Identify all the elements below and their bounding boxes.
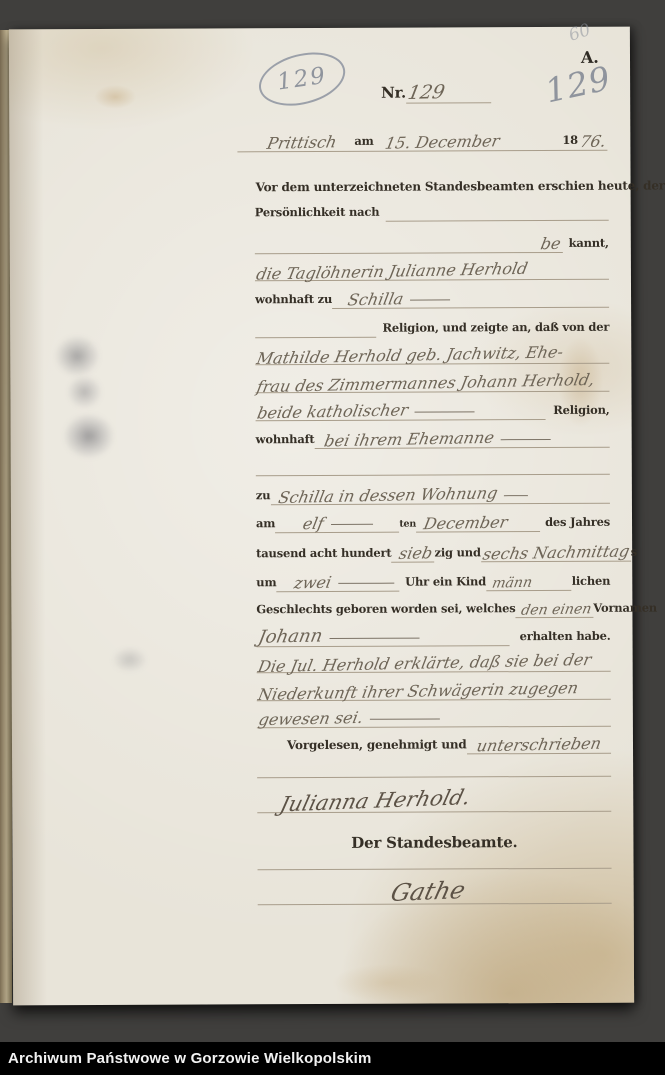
vorname-count-value: den einen bbox=[518, 602, 595, 618]
uhr-label: Uhr ein Kind bbox=[405, 576, 486, 589]
birthhour-line: um zwei Uhr ein Kind männ lichen bbox=[256, 567, 610, 593]
mother-line-2: frau des Zimmermannes Johann Herhold, bbox=[255, 368, 609, 394]
declarant-signature-line: Julianna Herhold. bbox=[257, 780, 611, 814]
lichen-label: lichen bbox=[572, 575, 611, 588]
religion-intro-label: Religion, und zeigte an, daß von der bbox=[382, 321, 609, 335]
declarant-line: die Taglöhnerin Julianne Herhold bbox=[255, 256, 609, 282]
ink-blot bbox=[54, 335, 100, 377]
tausend-label: tausend acht hundert bbox=[256, 547, 391, 560]
place-value: Prittisch bbox=[264, 134, 340, 152]
religion-intro-line: Religion, und zeigte an, daß von der bbox=[255, 313, 609, 339]
pencil-page-number: 129 bbox=[542, 58, 615, 110]
archive-name: Archiwum Państwowe w Gorzowie Wielkopols… bbox=[0, 1050, 372, 1067]
decade-value: sieb bbox=[396, 545, 436, 562]
remark-text-3: gewesen sei. bbox=[255, 710, 366, 728]
zu-label: zu bbox=[256, 490, 271, 503]
geschlecht-line: Geschlechts geboren worden sei, welches … bbox=[256, 594, 610, 620]
official-signature: Gathe bbox=[386, 878, 469, 905]
ten-label: ten bbox=[399, 519, 416, 530]
ink-blot bbox=[66, 375, 102, 409]
geschlechts-label: Geschlechts geboren worden sei, welches bbox=[256, 603, 515, 617]
remark-text-1: Die Jul. Herhold erklärte, daß sie bei d… bbox=[255, 652, 595, 675]
circled-page-number: 129 bbox=[253, 44, 351, 114]
pencil-edge-mark: 60 bbox=[566, 20, 593, 46]
religion-line: beide katholischer Religion, bbox=[255, 396, 609, 422]
father-name-value: frau des Zimmermannes Johann Herhold, bbox=[253, 372, 598, 395]
remark-line-1: Die Jul. Herhold erklärte, daß sie bei d… bbox=[257, 648, 611, 674]
empty-rule bbox=[257, 753, 611, 779]
gender-value: männ bbox=[489, 576, 535, 591]
year-word-value: sechs Nachmittag bbox=[479, 543, 633, 562]
date-line: Prittisch am 15. December 18 76. bbox=[237, 127, 607, 153]
empty-rule bbox=[256, 451, 610, 477]
declarant-value: die Taglöhnerin Julianne Herhold bbox=[253, 261, 531, 283]
circled-page-number-text: 129 bbox=[276, 63, 329, 96]
birthplace-line: zu Schilla in dessen Wohnung bbox=[256, 480, 610, 506]
gutter-shadow bbox=[9, 29, 47, 1005]
vorgelesen-label: Vorgelesen, genehmigt und bbox=[287, 738, 467, 752]
be-value: be bbox=[537, 236, 564, 253]
wohnhaft-value: bei ihrem Ehemanne bbox=[321, 430, 498, 450]
nr-label: Nr. bbox=[381, 84, 406, 101]
birthdate-line: am elf ten December des Jahres bbox=[256, 508, 610, 534]
remark-line-2: Niederkunft ihrer Schwägerin zugegen bbox=[257, 676, 611, 702]
vornamen-label: Vornamen bbox=[593, 602, 657, 615]
document-page: 129 A. 129 60 Nr. 129 Prittisch am 15. D… bbox=[9, 27, 634, 1006]
mother-line-1: Mathilde Herhold geb. Jachwitz, Ehe- bbox=[255, 340, 609, 366]
birthyear-line: tausend acht hundert sieb zig und sechs … bbox=[256, 538, 610, 564]
remark-line-3: gewesen sei. bbox=[257, 703, 611, 729]
hour-value: zwei bbox=[291, 575, 335, 592]
year-value: 76. bbox=[576, 133, 609, 150]
intro-text: Vor dem unterzeichneten Standesbeamten e… bbox=[256, 179, 665, 194]
erhalten-label: erhalten habe. bbox=[520, 630, 611, 643]
wohnhaft-label: wohnhaft bbox=[256, 433, 315, 446]
childname-line: Johann erhalten habe. bbox=[256, 622, 610, 648]
birthplace-value: Schilla in dessen Wohnung bbox=[275, 485, 501, 506]
official-signature-line: Gathe bbox=[258, 870, 612, 906]
am2-label: am bbox=[256, 518, 275, 531]
birth-month-value: December bbox=[420, 514, 511, 532]
child-name-value: Johann bbox=[255, 627, 326, 646]
zig-und-label: zig und bbox=[434, 547, 480, 560]
wohnhaft-zu-label: wohnhaft zu bbox=[255, 293, 332, 306]
birth-day-value: elf bbox=[300, 516, 328, 533]
remark-text-2: Niederkunft ihrer Schwägerin zugegen bbox=[255, 680, 582, 703]
nr-value: 129 bbox=[404, 83, 448, 103]
declarant-signature: Julianna Herhold. bbox=[276, 787, 475, 816]
um-label: um bbox=[256, 577, 276, 590]
residence-line: wohnhaft zu Schilla bbox=[255, 284, 609, 310]
nr-line: Nr. 129 bbox=[381, 79, 491, 103]
ink-blot bbox=[63, 413, 115, 459]
religion-value: beide katholischer bbox=[254, 402, 412, 421]
archive-footer-bar: Archiwum Państwowe w Gorzowie Wielkopols… bbox=[0, 1042, 665, 1075]
wohnhaft-line: wohnhaft bei ihrem Ehemanne bbox=[256, 424, 610, 450]
intro-line: Vor dem unterzeichneten Standesbeamten e… bbox=[256, 175, 590, 194]
religion-label: Religion, bbox=[553, 404, 609, 417]
empty-rule bbox=[257, 845, 611, 871]
ink-smudge bbox=[112, 647, 148, 673]
residence-value: Schilla bbox=[344, 291, 406, 308]
kannt-label: kannt, bbox=[569, 237, 609, 250]
persoenlichkeit-line: Persönlichkeit nach bbox=[255, 197, 609, 223]
age-stain bbox=[313, 957, 463, 1008]
date-value: 15. December bbox=[382, 133, 503, 152]
des-jahres-label: des Jahres bbox=[545, 516, 610, 529]
age-stain bbox=[87, 81, 143, 113]
bekannt-line: be kannt, bbox=[255, 229, 609, 255]
mother-name-value: Mathilde Herhold geb. Jachwitz, Ehe- bbox=[253, 344, 566, 367]
am-label: am bbox=[354, 135, 373, 148]
persoenlichkeit-label: Persönlichkeit nach bbox=[255, 206, 380, 219]
year-prefix: 18 bbox=[562, 134, 578, 147]
